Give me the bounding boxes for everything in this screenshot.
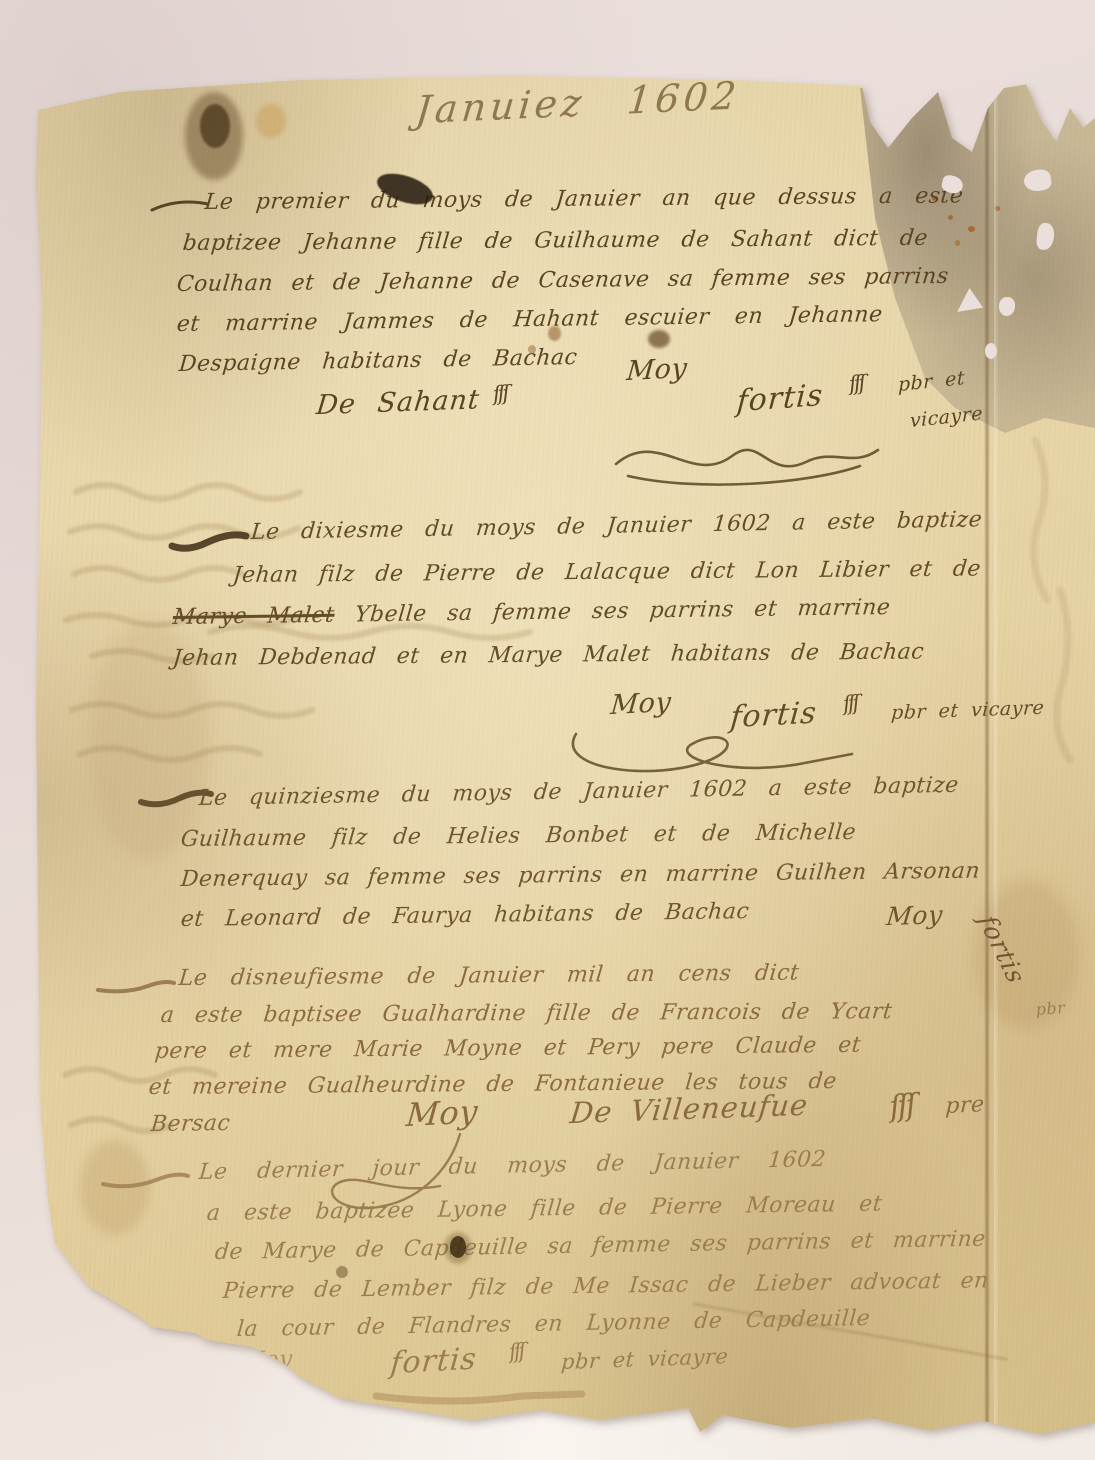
manuscript-line: de Marye de Capdeuille sa femme ses parr… — [214, 1227, 987, 1265]
manuscript-line: et marrine Jammes de Hahant escuier en J… — [176, 302, 884, 337]
manuscript-line: Coulhan et de Jehanne de Casenave sa fem… — [176, 264, 950, 297]
priest-title: vicayre — [910, 402, 983, 432]
signature-paraph: ſſſ — [888, 1088, 915, 1125]
line-continuation: Ybelle sa femme ses parrins et marrine — [354, 595, 892, 628]
pen-flourish — [100, 1168, 190, 1192]
foxing-dots — [948, 215, 953, 220]
moy-word: Moy — [239, 1346, 294, 1374]
paper-sheet: Januiez 1602 Le premier du moys de Janui… — [0, 0, 1095, 1460]
manuscript-line: Jehan filz de Pierre de Lalacque dict Lo… — [232, 556, 983, 588]
verso-bleedthrough — [62, 690, 342, 790]
priest-signature: fortis — [389, 1341, 479, 1381]
manuscript-line: Denerquay sa femme ses parrins en marrin… — [180, 859, 982, 892]
priest-title: pbr et vicayre — [560, 1344, 729, 1374]
photo-backdrop: Januiez 1602 Le premier du moys de Janui… — [0, 0, 1095, 1460]
manuscript-line: Le disneufiesme de Januier mil an cens d… — [178, 961, 801, 991]
stain — [256, 104, 286, 138]
damaged-area — [855, 78, 1095, 443]
moy-word: Moy — [885, 900, 944, 931]
stain — [200, 104, 230, 148]
manuscript-line: Jehan Debdenad et en Marye Malet habitan… — [172, 639, 926, 671]
foxing-dots — [955, 240, 960, 246]
priest-signature: De Villeneufue — [568, 1088, 810, 1130]
manuscript-line: a este baptisee Gualhardine fille de Fra… — [160, 999, 894, 1028]
signature-paraph: ſſſ — [508, 1339, 524, 1364]
ink-blot — [450, 1236, 466, 1258]
paper-hole — [985, 343, 997, 359]
pen-flourish — [150, 196, 210, 214]
signature-paraph: ſſſ — [492, 381, 508, 406]
parent-signature: De Sahant — [315, 384, 482, 421]
manuscript-line: baptizee Jehanne fille de Guilhaume de S… — [182, 226, 930, 256]
signature-flourish — [608, 414, 888, 484]
manuscript-line: Guilhaume filz de Helies Bonbet et de Mi… — [180, 820, 858, 852]
pen-flourish — [96, 976, 176, 996]
moy-word: Moy — [609, 687, 672, 721]
priest-title: pbr — [1035, 998, 1066, 1019]
manuscript-line: et Leonard de Faurya habitans de Bachac — [180, 899, 751, 932]
manuscript-line: Despaigne habitans de Bachac — [178, 345, 579, 377]
signature-paraph: ſſſ — [842, 691, 858, 716]
manuscript-page: Januiez 1602 Le premier du moys de Janui… — [0, 0, 1095, 1460]
manuscript-line: la cour de Flandres en Lyonne de Capdeui… — [236, 1306, 872, 1342]
manuscript-line: Bersac — [150, 1111, 232, 1137]
signature-flourish — [372, 1386, 652, 1410]
priest-title: pre — [945, 1092, 985, 1119]
struck-words: Marye Malet — [172, 603, 336, 630]
verso-bleedthrough — [55, 1050, 245, 1160]
pen-flourish — [168, 528, 248, 554]
foxing-dots — [968, 226, 975, 232]
moy-word: Moy — [625, 353, 688, 387]
signature-paraph: ſſſ — [848, 371, 864, 396]
ink-blot — [648, 330, 670, 348]
fold-highlight — [994, 90, 999, 1425]
manuscript-line: pere et mere Marie Moyne et Pery pere Cl… — [154, 1033, 863, 1064]
ink-blot — [336, 1266, 348, 1278]
manuscript-line: Le premier du moys de Januier an que des… — [204, 183, 965, 215]
page-title: Januiez 1602 — [414, 73, 742, 132]
